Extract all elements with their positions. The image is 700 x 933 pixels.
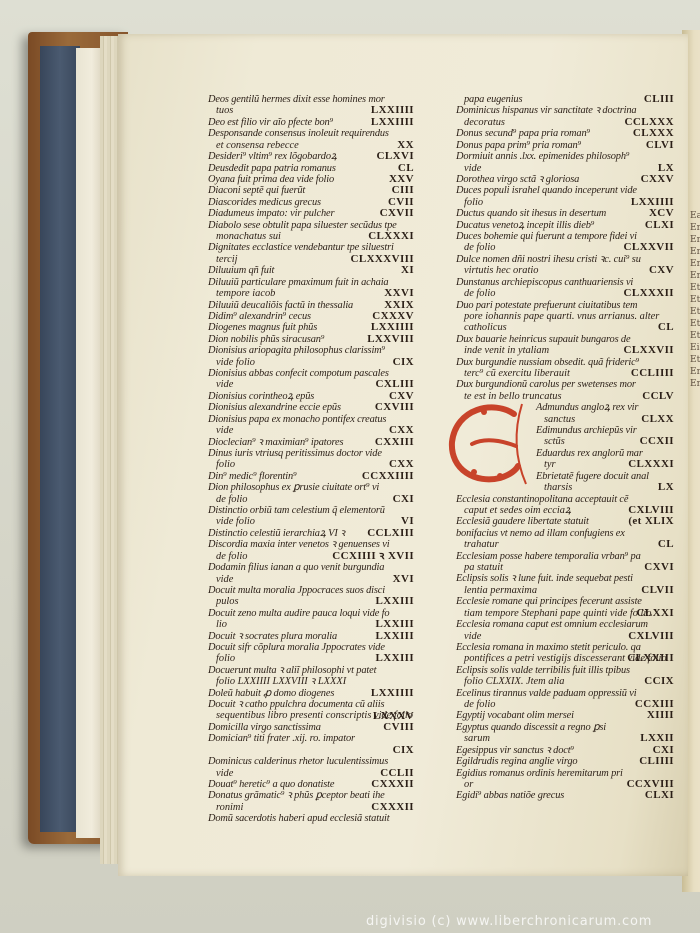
entry-text: Admundus angloꝝ rex vir xyxy=(536,402,674,413)
facing-page-word: Etas xyxy=(690,306,700,318)
index-entry: Docuit zeno multa audire pauca loqui vid… xyxy=(208,608,414,631)
facing-page-word: Eria xyxy=(690,270,700,282)
folio-number: LXXIIII xyxy=(456,197,674,208)
index-entry: Din⁹ medic⁹ florentin⁹CCXXIIII xyxy=(208,471,414,482)
entry-text: Dionisius ariopagita philosophus clariss… xyxy=(208,345,414,356)
facing-page-word: Eas xyxy=(690,210,700,222)
facing-page-word: Erm xyxy=(690,258,700,270)
index-entry: Egyptij vocabant olim merseiXIIII xyxy=(456,710,674,721)
index-entry: Docuit sifr cõplura moralia Jppocrates v… xyxy=(208,642,414,665)
facing-page-word: Etas xyxy=(690,318,700,330)
index-entry: Dionisius alexandrine eccie epũsCXVIII xyxy=(208,402,414,413)
index-entry: Ecclesie romane qui principes fecerunt a… xyxy=(456,596,674,619)
entry-text: Eclipsis solis valde terribilis fuit ill… xyxy=(456,665,674,676)
index-entry: Dignitates ecclastice vendebantur tpe si… xyxy=(208,242,414,265)
folio-number: CXLIII xyxy=(208,379,414,390)
index-entry: Dion philosophus ex ꝑrusie ciuitate ort⁹… xyxy=(208,482,414,505)
index-entry: Eclipsis solis valde terribilis fuit ill… xyxy=(456,665,674,688)
index-entry: Duces populi israhel quando inceperunt v… xyxy=(456,185,674,208)
index-entry: Dion nobilis phũs siracusan⁹LXXVIII xyxy=(208,334,414,345)
index-entry: Deo est filio vir aĩo pfecte bon⁹LXXIIII xyxy=(208,117,414,128)
index-entry: Distinctio celestiũ ierarchiaꝝ VI ꝛCCLXI… xyxy=(208,528,414,539)
entry-text: Domician⁹ titi frater .xij. ro. impator xyxy=(208,733,414,744)
index-entry: bonifacius vt nemo ad illam confugiens e… xyxy=(456,528,674,551)
index-entry: Dinus iuris vtriusq peritissimus doctor … xyxy=(208,448,414,471)
index-entry: Docuit ꝛ catho ppulchra documenta cũ ali… xyxy=(208,699,414,722)
facing-page-word: Eias xyxy=(690,342,700,354)
index-entry: Domicilla virgo sanctissimaCVIII xyxy=(208,722,414,733)
entry-text: bonifacius vt nemo ad illam confugiens e… xyxy=(456,528,674,539)
facing-page-word: Era xyxy=(690,246,700,258)
index-entry: Ductus quando sit ihesus in desertumXCV xyxy=(456,208,674,219)
red-initial-e-icon xyxy=(444,400,528,486)
facing-page-word: Era xyxy=(690,234,700,246)
index-entry: Docuerunt multa ꝛ aliĩ philosophi vt pat… xyxy=(208,665,414,688)
folio-number: CLXXXI xyxy=(536,459,674,470)
facing-page-word: Etas xyxy=(690,354,700,366)
index-entry: Eclipsis solis ꝛ lune fuit. inde sequeba… xyxy=(456,573,674,596)
entry-text: Desponsande consensus inoleuit requirend… xyxy=(208,128,414,139)
index-entry: Deusdedit papa patria romanusCL xyxy=(208,163,414,174)
index-entry: Oyana fuit prima dea vide folioXXV xyxy=(208,174,414,185)
entry-text: Domũ sacerdotis haberi apud ecclesiã sta… xyxy=(208,813,414,824)
index-entry: Diluuiũ particulare pmaximum fuit in ach… xyxy=(208,277,414,300)
entry-text: Ebrietatẽ fugere docuit anal xyxy=(536,471,674,482)
index-entry: Deos gentilũ hermes dixit esse homines m… xyxy=(208,94,414,117)
index-entry: Ecclesia romana in maximo stetit pericul… xyxy=(456,642,674,665)
folio-number: XVI xyxy=(208,574,414,585)
index-entry: Donus secund⁹ papa pria roman⁹CLXXX xyxy=(456,128,674,139)
folio-number: CLXXXVIII xyxy=(208,254,414,265)
e-section-continued: Ecclesia constantinopolitana acceptauit … xyxy=(456,494,674,802)
index-entry: Ecelinus tirannus valde paduam oppressiũ… xyxy=(456,688,674,711)
index-entry: Diaconi septẽ qui fuerũtCIII xyxy=(208,185,414,196)
index-entry: Dux bauarie heinricus supauit bungaros d… xyxy=(456,334,674,357)
index-entry: Duces bohemie qui fuerunt a tempore fide… xyxy=(456,231,674,254)
index-entry: Dominicus hispanus vir sanctitate ꝛ doct… xyxy=(456,105,674,128)
index-entry: Dunstanus archiepiscopus canthuariensis … xyxy=(456,277,674,300)
index-entry: Diabolo sese obtulit papa siluester secũ… xyxy=(208,220,414,243)
entry-text: Ecclesie romane qui principes fecerunt a… xyxy=(456,596,674,607)
facing-page-word: Eto xyxy=(690,282,700,294)
index-entry: Distinctio orbiũ tam celestium q̃ elemen… xyxy=(208,505,414,528)
index-entry: Discordia maxia inter venetos ꝛ genuense… xyxy=(208,539,414,562)
folio-number: CXLVIII xyxy=(456,631,674,642)
folio-number: CXX xyxy=(208,425,414,436)
entry-text: Discordia maxia inter venetos ꝛ genuense… xyxy=(208,539,414,550)
facing-page-word: Eta xyxy=(690,294,700,306)
blue-endpaper xyxy=(40,46,80,832)
entry-text: Ecclesiam posse habere temporalia vrban⁹… xyxy=(456,551,674,562)
index-entry: Ecclesia constantinopolitana acceptauit … xyxy=(456,494,674,517)
entry-continuation: folio LXXIIII LXXVIII ꝛ LXXXI xyxy=(208,676,414,687)
decorated-initial-e xyxy=(444,400,528,486)
index-entry: Dux burgundionũ carolus per swetenses mo… xyxy=(456,379,674,402)
index-entry: Diadumeus impato: vir pulcherCXVII xyxy=(208,208,414,219)
entry-text: Dodamin filius ianan a quo venit burgund… xyxy=(208,562,414,573)
index-entry: Ecclesia romana caput est omnium ecclesi… xyxy=(456,619,674,642)
index-entry: Desponsande consensus inoleuit requirend… xyxy=(208,128,414,151)
facing-page-text: EasEraEraEraErmEriaEtoEtaEtasEtasEtasEia… xyxy=(690,210,700,390)
index-entry: Doleũ habuit ꝓ domo diogenesLXXIIII xyxy=(208,688,414,699)
facing-page-word: Era xyxy=(690,222,700,234)
index-entry: Donatus grãmatic⁹ ꝛ phũs ꝑceptor beati i… xyxy=(208,790,414,813)
folio-number: CCXVIII xyxy=(456,779,674,790)
index-entry: papa eugeniusCLIII xyxy=(456,94,674,105)
index-entry: Domũ sacerdotis haberi apud ecclesiã sta… xyxy=(208,813,414,824)
entry-text: Distinctio orbiũ tam celestium q̃ elemen… xyxy=(208,505,414,516)
index-entry: Dioclecian⁹ ꝛ maximian⁹ ipatoresCXXIII xyxy=(208,437,414,448)
index-entry: Docuit ꝛ socrates plura moraliaLXXIII xyxy=(208,631,414,642)
watermark: digivisio (c) www.liberchronicarum.com xyxy=(366,914,652,929)
entry-text: Dulce nomen dñi nostri ihesu cristi ꝛc. … xyxy=(456,254,674,265)
index-column-left: Deos gentilũ hermes dixit esse homines m… xyxy=(208,94,414,825)
facing-page-word: Erhi xyxy=(690,366,700,378)
index-entry: Egidius romanus ordinis heremitarum prio… xyxy=(456,768,674,791)
index-entry: Dominicus calderinus rhetor luculentissi… xyxy=(208,756,414,779)
index-entry: Egidi⁹ abbas natiõe grecusCLXI xyxy=(456,790,674,801)
index-entry: Dionisius ariopagita philosophus clariss… xyxy=(208,345,414,368)
flyleaf xyxy=(76,48,102,838)
entry-text: Docuerunt multa ꝛ aliĩ philosophi vt pat… xyxy=(208,665,414,676)
index-entry: Egildrudis regina anglie virgoCLIIII xyxy=(456,756,674,767)
index-entry: Dux burgundie nussiam obsedit. quã fride… xyxy=(456,357,674,380)
entry-text: Dionisius papa ex monacho pontifex creat… xyxy=(208,414,414,425)
folio-number: LXXIII xyxy=(208,653,414,664)
index-entry: Dormiuit annis .lxx. epimenides philosop… xyxy=(456,151,674,174)
index-entry: Duo pari potestate prefuerunt ciuitatibu… xyxy=(456,300,674,334)
entry-text: Duo pari potestate prefuerunt ciuitatibu… xyxy=(456,300,674,311)
facing-page-word: Etas xyxy=(690,330,700,342)
index-entry: Dulce nomen dñi nostri ihesu cristi ꝛc. … xyxy=(456,254,674,277)
index-entry: Douat⁹ heretic⁹ a quo donatisteCXXXII xyxy=(208,779,414,790)
folio-number: LXXIII xyxy=(208,619,414,630)
index-entry: Diluuium qñ fuitXI xyxy=(208,265,414,276)
entry-text: Diluuiũ particulare pmaximum fuit in ach… xyxy=(208,277,414,288)
entry-text: Dinus iuris vtriusq peritissimus doctor … xyxy=(208,448,414,459)
index-entry: Dionisius papa ex monacho pontifex creat… xyxy=(208,414,414,437)
index-entry: Dionisius abbas confecit compotum pascal… xyxy=(208,368,414,391)
index-entry: Dodamin filius ianan a quo venit burgund… xyxy=(208,562,414,585)
index-entry: Desideri⁹ vltim⁹ rex lõgobardoꝝCLXVI xyxy=(208,151,414,162)
index-entry: Egyptus quando discessit a regno ꝑsisaru… xyxy=(456,722,674,745)
facing-page-word: Erhe xyxy=(690,378,700,390)
folio-number: CIX xyxy=(208,745,414,756)
index-entry: Domician⁹ titi frater .xij. ro. impatorC… xyxy=(208,733,414,756)
entry-text: Dominicus calderinus rhetor luculentissi… xyxy=(208,756,414,767)
index-entry: Ecclesiam posse habere temporalia vrban⁹… xyxy=(456,551,674,574)
entry-text: Dormiuit annis .lxx. epimenides philosop… xyxy=(456,151,674,162)
index-entry: Dorothea virgo sctã ꝛ gloriosaCXXV xyxy=(456,174,674,185)
index-entry: Ducatus venetoꝝ incepit illis dieb⁹CLXI xyxy=(456,220,674,231)
entry-text: Ecclesia romana caput est omnium ecclesi… xyxy=(456,619,674,630)
entry-text: Docuit ꝛ catho ppulchra documenta cũ ali… xyxy=(208,699,414,710)
index-entry: Donus papa prim⁹ pria roman⁹CLVI xyxy=(456,140,674,151)
index-entry: Ecclesiã gaudere libertate statuit(et XL… xyxy=(456,516,674,527)
entry-text: Dion philosophus ex ꝑrusie ciuitate ort⁹… xyxy=(208,482,414,493)
index-entry: Docuit multa moralia Jppocraces suos dis… xyxy=(208,585,414,608)
